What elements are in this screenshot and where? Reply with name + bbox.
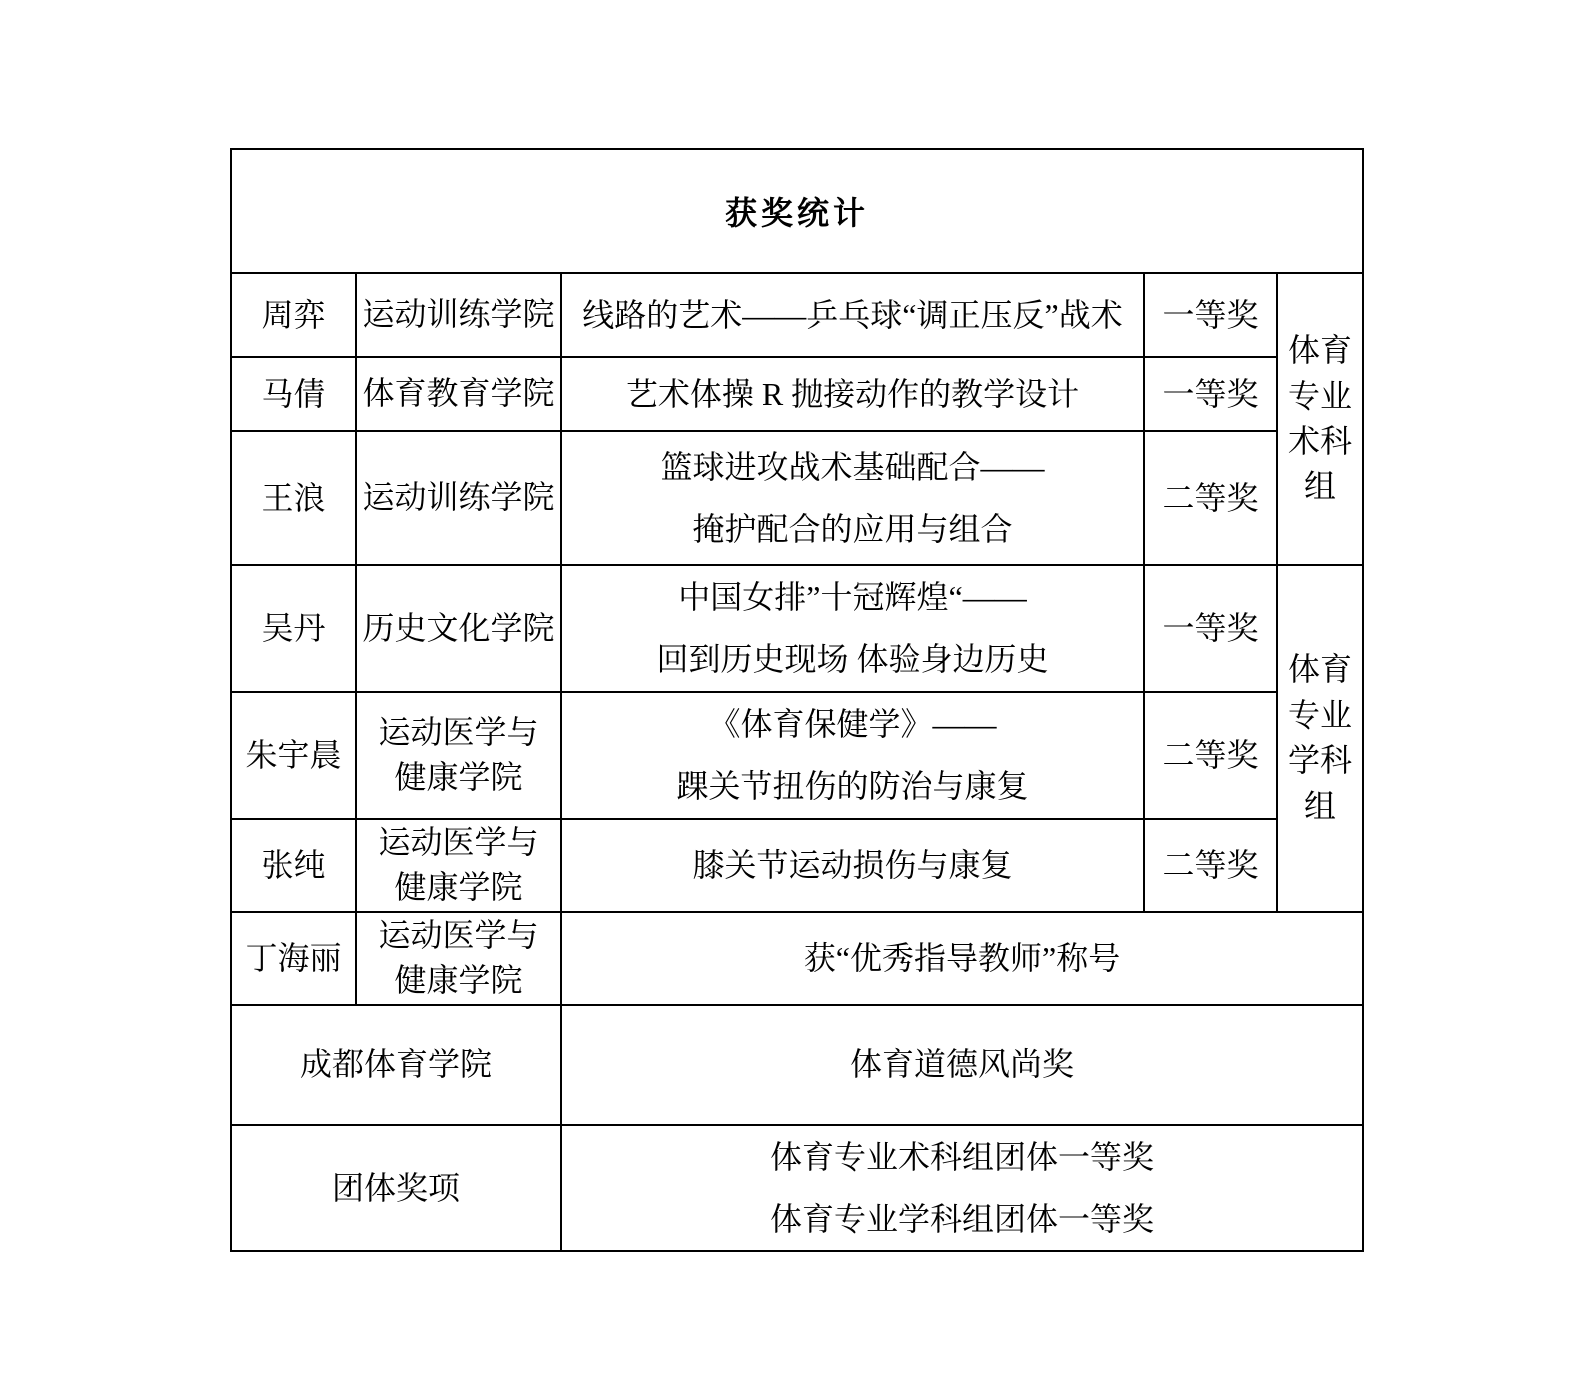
table-row: 吴丹 历史文化学院 中国女排”十冠辉煌“—— 回到历史现场 体验身边历史 一等奖… [231,565,1363,692]
table-row: 朱宇晨 运动医学与 健康学院 《体育保健学》—— 踝关节扭伤的防治与康复 二等奖 [231,692,1363,819]
award-level: 一等奖 [1144,357,1277,431]
organization-award: 体育道德风尚奖 [561,1005,1363,1125]
team-awards-label: 团体奖项 [231,1125,561,1252]
awardee-name: 马倩 [231,357,356,431]
table-row: 周弈 运动训练学院 线路的艺术——乒乓球“调正压反”战术 一等奖 体育 专业 术… [231,273,1363,357]
awardee-name: 张纯 [231,819,356,912]
title-row: 获奖统计 [231,149,1363,273]
college: 历史文化学院 [356,565,561,692]
college: 运动训练学院 [356,273,561,357]
table-row: 张纯 运动医学与 健康学院 膝关节运动损伤与康复 二等奖 [231,819,1363,912]
award-level: 二等奖 [1144,692,1277,819]
work-title: 中国女排”十冠辉煌“—— 回到历史现场 体验身边历史 [561,565,1144,692]
table-row: 成都体育学院 体育道德风尚奖 [231,1005,1363,1125]
awards-table: 获奖统计 周弈 运动训练学院 线路的艺术——乒乓球“调正压反”战术 一等奖 体育… [230,148,1364,1252]
college: 运动医学与 健康学院 [356,819,561,912]
table-row: 丁海丽 运动医学与 健康学院 获“优秀指导教师”称号 [231,912,1363,1005]
work-title: 膝关节运动损伤与康复 [561,819,1144,912]
group-label: 体育 专业 术科 组 [1277,273,1363,565]
awardee-name: 朱宇晨 [231,692,356,819]
awardee-name: 丁海丽 [231,912,356,1005]
honor-title: 获“优秀指导教师”称号 [561,912,1363,1005]
award-level: 二等奖 [1144,819,1277,912]
award-level: 一等奖 [1144,565,1277,692]
college: 运动训练学院 [356,431,561,565]
work-title: 艺术体操 R 抛接动作的教学设计 [561,357,1144,431]
table-row: 马倩 体育教育学院 艺术体操 R 抛接动作的教学设计 一等奖 [231,357,1363,431]
college: 运动医学与 健康学院 [356,912,561,1005]
organization: 成都体育学院 [231,1005,561,1125]
page-title: 获奖统计 [231,149,1363,273]
awardee-name: 吴丹 [231,565,356,692]
college: 运动医学与 健康学院 [356,692,561,819]
work-title: 线路的艺术——乒乓球“调正压反”战术 [561,273,1144,357]
table-row: 王浪 运动训练学院 篮球进攻战术基础配合—— 掩护配合的应用与组合 二等奖 [231,431,1363,565]
work-title: 《体育保健学》—— 踝关节扭伤的防治与康复 [561,692,1144,819]
group-label: 体育 专业 学科 组 [1277,565,1363,912]
team-awards-list: 体育专业术科组团体一等奖 体育专业学科组团体一等奖 [561,1125,1363,1252]
award-level: 二等奖 [1144,431,1277,565]
awardee-name: 王浪 [231,431,356,565]
awardee-name: 周弈 [231,273,356,357]
work-title: 篮球进攻战术基础配合—— 掩护配合的应用与组合 [561,431,1144,565]
table-row: 团体奖项 体育专业术科组团体一等奖 体育专业学科组团体一等奖 [231,1125,1363,1252]
award-level: 一等奖 [1144,273,1277,357]
college: 体育教育学院 [356,357,561,431]
